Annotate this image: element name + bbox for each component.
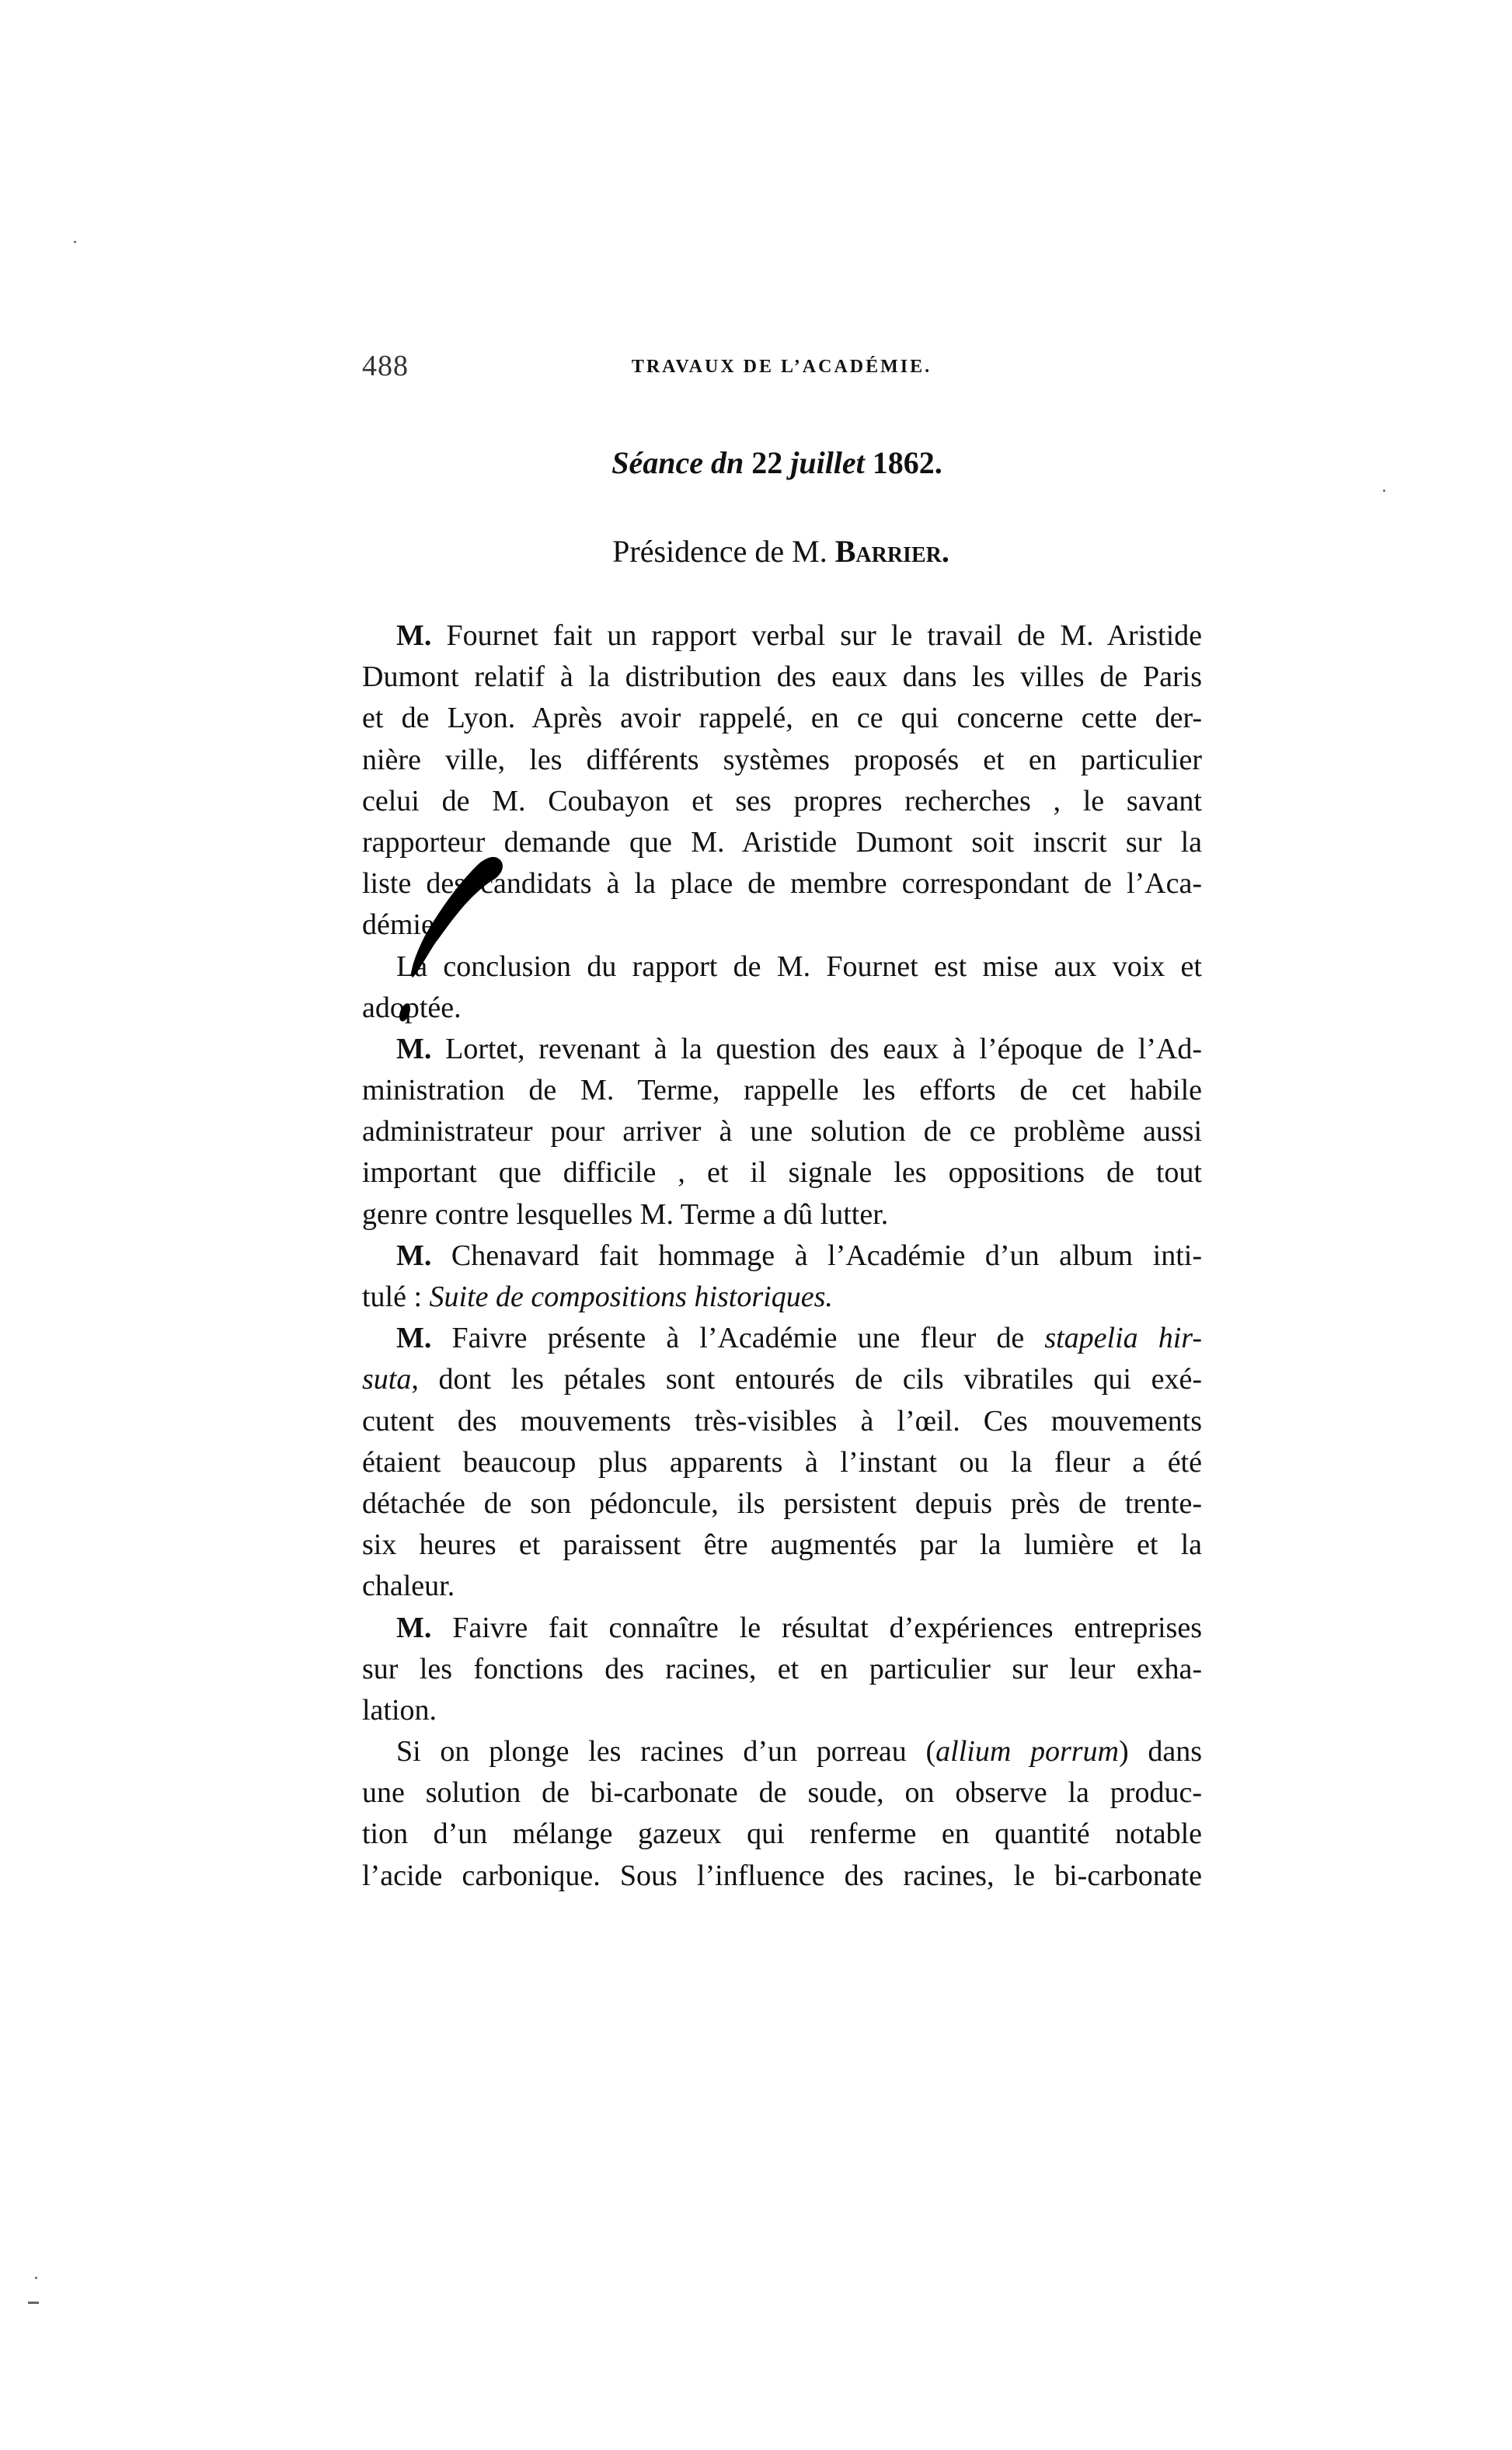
- line-lead: M.: [396, 1322, 431, 1354]
- text-line: genre contre lesquelles M. Terme a dû lu…: [362, 1194, 1202, 1235]
- text-line: étaient beaucoup plus apparents à l’inst…: [362, 1442, 1202, 1483]
- text-line: tion d’un mélange gazeux qui renferme en…: [362, 1814, 1202, 1855]
- line-text: Fournet fait un rapport verbal sur le tr…: [431, 619, 1202, 652]
- species-name: suta: [362, 1363, 411, 1396]
- session-title: Séance dn 22 juillet 1862.: [544, 448, 1010, 479]
- session-day: 22: [751, 445, 782, 480]
- line-text: Faivre présente à l’Académie une fleur d…: [431, 1322, 1044, 1354]
- line-text: tulé :: [362, 1281, 430, 1313]
- text-line: Dumont relatif à la distribution des eau…: [362, 657, 1202, 698]
- text-line: ministration de M. Terme, rappelle les e…: [362, 1070, 1202, 1111]
- text-line: La conclusion du rapport de M. Fournet e…: [362, 946, 1202, 988]
- text-line: M. Faivre fait connaître le résultat d’e…: [362, 1608, 1202, 1649]
- text-line: sur les fonctions des racines, et en par…: [362, 1649, 1202, 1690]
- text-line: six heures et paraissent être augmentés …: [362, 1525, 1202, 1566]
- text-line: et de Lyon. Après avoir rappelé, en ce q…: [362, 698, 1202, 739]
- running-head: TRAVAUX DE L’ACADÉMIE.: [622, 355, 942, 378]
- text-line: suta, dont les pétales sont entourés de …: [362, 1359, 1202, 1400]
- text-line: tulé : Suite de compositions historiques…: [362, 1277, 1202, 1318]
- line-text: Si on plonge les racines d’un porreau (: [396, 1735, 935, 1768]
- text-line: chaleur.: [362, 1566, 1202, 1607]
- text-line: M. Lortet, revenant à la question des ea…: [362, 1029, 1202, 1070]
- text-line: lation.: [362, 1690, 1202, 1731]
- scan-speck: [28, 2302, 39, 2304]
- session-word: Séance: [611, 445, 703, 480]
- page-number: 488: [362, 351, 409, 381]
- text-line: administrateur pour arriver à une soluti…: [362, 1111, 1202, 1152]
- session-year: 1862.: [873, 445, 942, 480]
- president-name: Barrier.: [835, 534, 949, 569]
- text-line: M. Chenavard fait hommage à l’Académie d…: [362, 1235, 1202, 1277]
- scanned-page: 488 TRAVAUX DE L’ACADÉMIE. Séance dn 22 …: [0, 0, 1512, 2450]
- scan-speck: [35, 2277, 37, 2279]
- text-line: M. Faivre présente à l’Académie une fleu…: [362, 1318, 1202, 1359]
- line-lead: M.: [396, 1239, 431, 1272]
- species-name: stapelia hir-: [1044, 1322, 1202, 1354]
- text-line: liste des candidats à la place de membre…: [362, 863, 1202, 904]
- line-text: Lortet, revenant à la question des eaux …: [431, 1033, 1202, 1065]
- text-line: celui de M. Coubayon et ses propres rech…: [362, 781, 1202, 822]
- line-text: Chenavard fait hommage à l’Académie d’un…: [431, 1239, 1202, 1272]
- line-lead: M.: [396, 1033, 431, 1065]
- album-title: Suite de compositions historiques.: [430, 1281, 833, 1313]
- species-name: allium porrum: [935, 1735, 1119, 1768]
- session-month: juillet: [790, 445, 865, 480]
- text-line: cutent des mouvements très-visibles à l’…: [362, 1401, 1202, 1442]
- scan-speck: [1383, 490, 1385, 492]
- text-line: nière ville, les différents systèmes pro…: [362, 740, 1202, 781]
- text-line: adoptée.: [362, 988, 1202, 1029]
- text-line: rapporteur demande que M. Aristide Dumon…: [362, 822, 1202, 863]
- text-line: M. Fournet fait un rapport verbal sur le…: [362, 615, 1202, 657]
- text-line: une solution de bi-carbonate de soude, o…: [362, 1772, 1202, 1814]
- presidency-line: Présidence de M. Barrier.: [544, 536, 1018, 567]
- text-line: Si on plonge les racines d’un porreau (a…: [362, 1731, 1202, 1772]
- line-text: ) dans: [1119, 1735, 1202, 1768]
- text-line: démie.: [362, 904, 1202, 946]
- line-text: Faivre fait connaître le résultat d’expé…: [431, 1612, 1202, 1644]
- scan-speck: [74, 241, 76, 243]
- text-line: important que difficile , et il signale …: [362, 1152, 1202, 1194]
- text-line: détachée de son pédoncule, ils persisten…: [362, 1483, 1202, 1525]
- line-lead: M.: [396, 1612, 431, 1644]
- line-text: , dont les pétales sont entourés de cils…: [411, 1363, 1202, 1396]
- presidency-prefix: Présidence de M.: [612, 534, 827, 569]
- body-text: M. Fournet fait un rapport verbal sur le…: [362, 615, 1202, 1897]
- text-line: l’acide carbonique. Sous l’influence des…: [362, 1856, 1202, 1897]
- line-lead: M.: [396, 619, 431, 652]
- session-dn: dn: [711, 445, 744, 480]
